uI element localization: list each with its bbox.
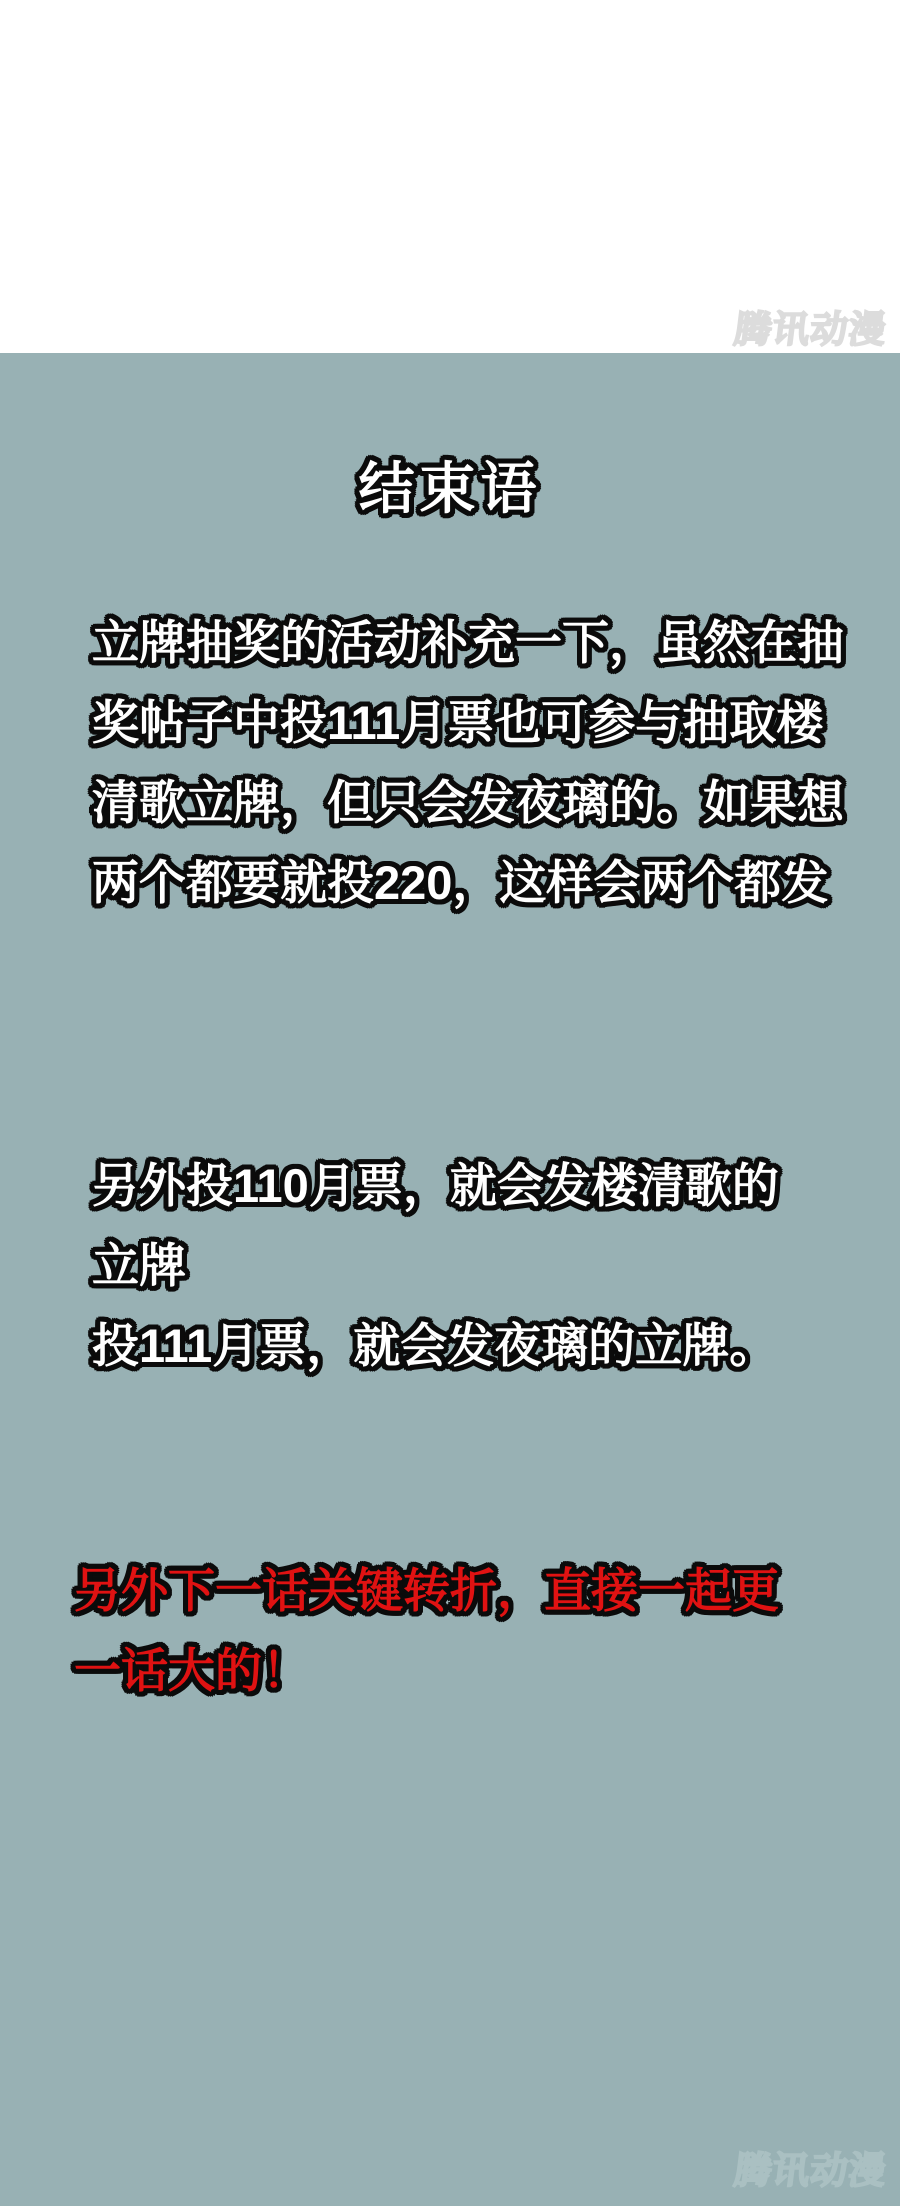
top-margin-area: 腾讯动漫	[0, 0, 900, 353]
tencent-comics-watermark-top: 腾讯动漫	[732, 299, 891, 353]
text-line: 立牌	[92, 1226, 779, 1306]
text-line: 清歌立牌，但只会发夜璃的。如果想	[92, 763, 844, 843]
comic-afterword-page: 腾讯动漫 结束语 立牌抽奖的活动补充一下，虽然在抽 奖帖子中投111月票也可参与…	[0, 0, 900, 2206]
text-line: 立牌抽奖的活动补充一下，虽然在抽	[92, 603, 844, 683]
tencent-comics-watermark-bottom: 腾讯动漫	[732, 2140, 891, 2194]
text-line: 一话大的！	[74, 1631, 779, 1711]
text-line: 两个都要就投220，这样会两个都发	[92, 843, 844, 923]
lottery-supplement-paragraph: 立牌抽奖的活动补充一下，虽然在抽 奖帖子中投111月票也可参与抽取楼 清歌立牌，…	[92, 603, 844, 923]
next-chapter-announcement-paragraph: 另外下一话关键转折，直接一起更 一话大的！	[74, 1551, 779, 1711]
text-line: 另外下一话关键转折，直接一起更	[74, 1551, 779, 1631]
ending-note-title: 结束语	[0, 458, 900, 520]
text-line: 奖帖子中投111月票也可参与抽取楼	[92, 683, 844, 763]
text-line: 投111月票，就会发夜璃的立牌。	[92, 1306, 779, 1386]
ticket-rules-paragraph: 另外投110月票，就会发楼清歌的 立牌 投111月票，就会发夜璃的立牌。	[92, 1146, 779, 1386]
ending-note-panel: 结束语 立牌抽奖的活动补充一下，虽然在抽 奖帖子中投111月票也可参与抽取楼 清…	[0, 353, 900, 2206]
text-line: 另外投110月票，就会发楼清歌的	[92, 1146, 779, 1226]
